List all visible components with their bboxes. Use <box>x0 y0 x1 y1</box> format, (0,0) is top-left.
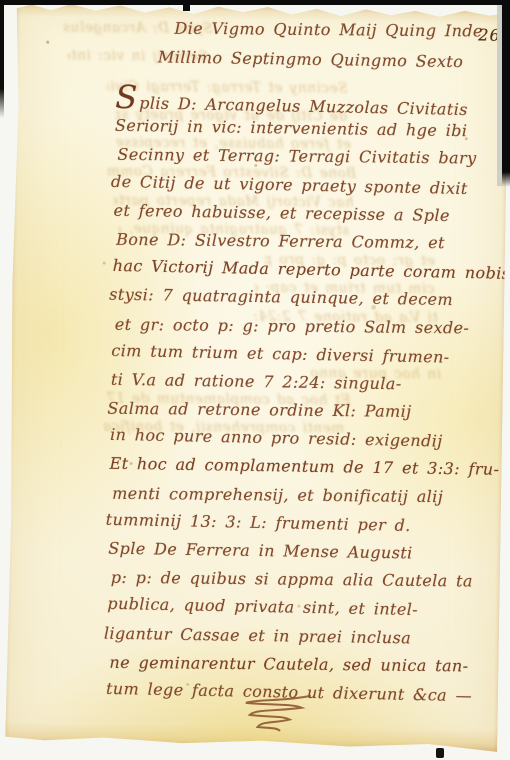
scanner-border-notch <box>183 0 190 11</box>
year-line: Millimo Septingmo Quingmo Sexto <box>158 47 464 71</box>
paper-specks <box>46 41 49 44</box>
manuscript-paper: Splis D: Arcangelus Muzzolas CivitatisSe… <box>5 0 509 752</box>
scanner-border-top <box>0 0 510 5</box>
notary-flourish-icon <box>237 692 318 735</box>
scanned-manuscript-page: Splis D: Arcangelus Muzzolas CivitatisSe… <box>0 0 510 760</box>
scanner-border-right <box>502 0 510 187</box>
date-line: Die Vigmo Quinto Maij Quing Inde <box>174 19 483 41</box>
scanner-border-speck <box>436 748 444 758</box>
scanner-border-left <box>0 0 4 118</box>
manuscript-body: Splis D: Arcangelus Muzzolas CivitatisSe… <box>106 84 496 710</box>
